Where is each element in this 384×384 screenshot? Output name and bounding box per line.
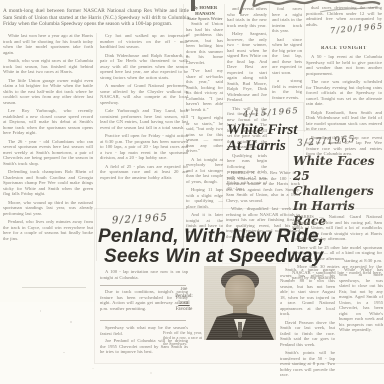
body-paragraph: Practice will open for Friday - night ac…	[100, 133, 188, 161]
body-paragraph: White last won here a year ago at the Ha…	[3, 33, 93, 55]
race-tonight-subhead: RACE TONIGHT	[306, 46, 382, 51]
divider-rule	[100, 320, 186, 321]
penland-photo	[204, 266, 276, 340]
white-first-headline-line1: White First	[227, 123, 297, 139]
divider-rule	[22, 287, 86, 288]
scan-speck	[63, 352, 65, 353]
article-column-1: White last won here a year ago at the Ha…	[3, 33, 93, 244]
lead-paragraph: A month-long duel between former NASCAR …	[3, 8, 189, 27]
body-paragraph: The race was originally scheduled for Th…	[306, 79, 382, 107]
body-paragraph: "I've had my share of set-backs this yea…	[186, 68, 223, 112]
body-paragraph: Defending track champions Bob Rhein of C…	[3, 169, 93, 197]
caption-line: Penland:	[165, 294, 203, 301]
body-paragraph: had since when he signed the big prize o…	[272, 37, 302, 76]
body-paragraph: Penland, who lives only minutes away fro…	[3, 219, 93, 241]
body-paragraph: HARRIS, N. C. — Rex White in a 1964 Chev…	[226, 170, 300, 203]
body-paragraph: A lot tonight at everybody here and a lo…	[186, 157, 223, 185]
body-paragraph: starting at 8:30 p.m.	[339, 258, 383, 264]
byline: By HOMER HANSON State Sports Writer	[186, 5, 224, 22]
caption-note: Fresh off the big year, third in a row, …	[163, 330, 202, 346]
body-paragraph: Smith of Union has had his share of prob…	[186, 21, 223, 65]
body-paragraph: Smith, a junior garage owner, has pilote…	[280, 267, 335, 317]
body-paragraph: A 100 - lap invitation race now is on ta…	[100, 269, 188, 280]
column-rule	[224, 4, 225, 100]
column-rule	[183, 4, 184, 260]
body-paragraph: Ralph Earnhardt, Sam Smith and Dink Wide…	[306, 110, 382, 132]
body-paragraph: A number of Grand National performers, s…	[100, 83, 188, 105]
body-paragraph: Cale Yarborough and Tiny Lund, both cons…	[100, 108, 188, 130]
body-paragraph: Hoping 11 laps with a slight edge to qua…	[186, 187, 223, 209]
body-paragraph: foul races here a night and trials in th…	[272, 6, 302, 34]
penland-headline-line1: Penland, With New Ride,	[98, 226, 324, 248]
column-rule	[269, 4, 270, 120]
scan-speck	[70, 321, 72, 323]
white-first-headline: White First At Harris	[227, 123, 297, 155]
caption-line: Joe	[165, 287, 203, 294]
body-paragraph: and several others who have already had …	[227, 6, 267, 28]
body-paragraph: Haley Sargeant, however, the only two - …	[227, 31, 267, 103]
penland-headline-line2: Seeks Win at Speedway	[104, 246, 323, 268]
white-faces-body-continued: starting at 8:30 p.m. While White has wo…	[339, 258, 383, 336]
penland-mid-column: Smith, a junior garage owner, has pilote…	[280, 267, 335, 381]
article-column-3: Smith of Union has had his share of prob…	[186, 21, 223, 237]
white-first-headline-line2: At Harris	[227, 139, 297, 155]
body-paragraph: Dink Widenhouse and Ralph Earnhardt, a p…	[100, 53, 188, 81]
scan-speck	[40, 310, 41, 312]
photo-caption: Joe Penland: Local Favorite	[165, 287, 203, 314]
body-paragraph: Smith, who won eight races at the Columb…	[3, 58, 93, 75]
body-paragraph: A 50 - lap event at the Columbia Speedwa…	[306, 54, 382, 76]
body-paragraph: Smith's points will be transferred to th…	[280, 350, 335, 378]
scan-speck	[150, 372, 152, 374]
white-faces-headline-line1: White Faces	[293, 154, 384, 169]
column-rule	[304, 4, 305, 132]
body-paragraph: "I figured eight or so starts," he said,…	[186, 115, 223, 154]
caption-line: Favorite	[165, 307, 203, 314]
photo-halftone-overlay	[204, 266, 276, 340]
column-rule	[96, 33, 97, 261]
body-paragraph: Lee Roy Yarbrough, who recently establis…	[3, 108, 93, 136]
byline-author: By HOMER HANSON	[186, 5, 224, 16]
article-column-2: Cry hot and walked up an impressive numb…	[100, 33, 188, 183]
body-paragraph: Moore, who wound up third in the nationa…	[3, 200, 93, 217]
body-paragraph: A field of 25 - plus cars are expected f…	[100, 164, 188, 181]
white-faces-headline-line2: 25 Challengers	[293, 169, 384, 199]
body-paragraph: David Pearson drove the Smith car last w…	[280, 320, 335, 348]
divider-rule	[100, 285, 186, 286]
body-paragraph: Cry hot and walked up an impressive numb…	[100, 33, 188, 50]
article-column-5: foul races here a night and trials in th…	[272, 6, 302, 103]
body-paragraph: The 26 - year - old Columbians who ran s…	[3, 139, 93, 167]
scan-speck	[92, 368, 94, 369]
caption-line: Local	[165, 301, 203, 308]
body-paragraph: While White has won at more speedways, h…	[339, 267, 383, 333]
body-paragraph: a strong field is entered in the big fea…	[272, 78, 302, 100]
penland-intro: A 100 - lap invitation race now is on ta…	[100, 269, 188, 283]
article-column-4: and several others who have already had …	[227, 6, 267, 194]
body-paragraph: The little Union garage owner might even…	[3, 78, 93, 106]
scrapbook-page: A month-long duel between former NASCAR …	[0, 0, 384, 384]
